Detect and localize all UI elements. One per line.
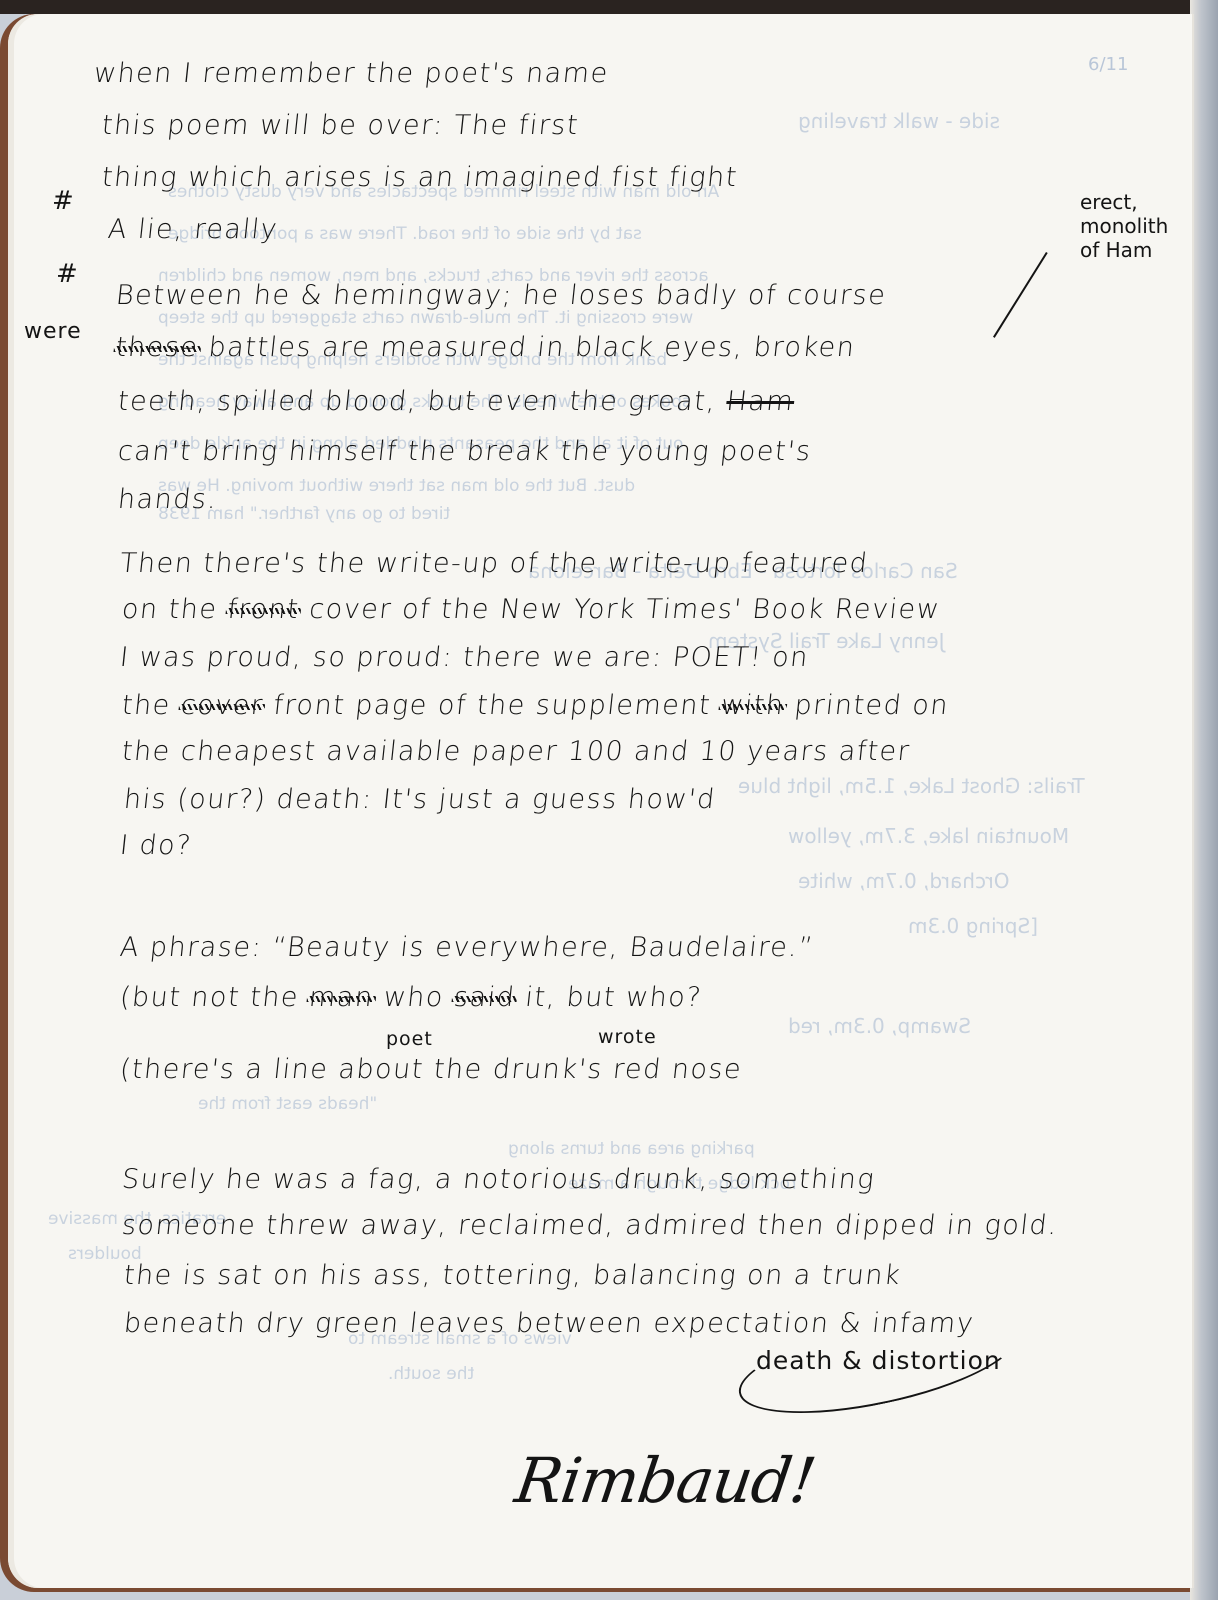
handwritten-line: thing which arises is an imagined fist f… (100, 162, 739, 193)
annotation-pointer-line (993, 252, 1048, 338)
handwritten-line: when I remember the poet's name (92, 58, 610, 89)
signature-rimbaud: Rimbaud! (511, 1444, 820, 1517)
show-through-line: parking area and turns along (508, 1139, 755, 1159)
handwritten-line: someone threw away, reclaimed, admired t… (120, 1210, 1059, 1241)
handwritten-line: (there's a line about the drunk's red no… (118, 1054, 743, 1085)
line-text: printed on (793, 690, 951, 721)
line-text: cover of the New York Times' Book Review (308, 594, 942, 625)
handwritten-line: Surely he was a fag, a notorious drunk, … (120, 1164, 876, 1195)
handwritten-line: I was proud, so proud: there we are: POE… (118, 642, 810, 673)
line-text: on the (120, 594, 219, 625)
struck-word: front (226, 594, 301, 625)
line-text: teeth, spilled blood, but even the great… (116, 386, 718, 417)
struck-word: these (114, 332, 200, 363)
handwritten-line: the cheapest available paper 100 and 10 … (120, 736, 912, 767)
line-text: battles are measured in black eyes, brok… (207, 332, 857, 363)
scanner-edge-top (0, 0, 1218, 14)
handwritten-line: Between he & hemingway; he loses badly o… (114, 280, 888, 311)
show-through-line: Mountain lake, 3.7m, yellow (788, 824, 1069, 848)
line-text: (but not the (118, 982, 300, 1013)
handwritten-line: A phrase: “Beauty is everywhere, Baudela… (118, 932, 815, 963)
show-through-line: [Spring 0.3m (908, 914, 1038, 938)
show-through-line: Orchard, 0.7m, white (798, 869, 1009, 893)
page-number: 6/11 (1088, 54, 1128, 75)
insertion-death-distortion: death & distortion (756, 1346, 1001, 1375)
insertion-were: were (24, 319, 82, 344)
handwritten-line: his (our?) death: It's just a guess how'… (122, 784, 717, 815)
struck-word: with (720, 690, 787, 721)
insertion-poet: poet (386, 1028, 433, 1050)
show-through-line: Swamp, 0.3m, red (788, 1014, 971, 1038)
show-through-line: side - walk traveling (798, 109, 1000, 133)
show-through-line: were crossing it. The mule-drawn carts s… (158, 308, 693, 328)
handwritten-line: can't bring himself the break the young … (116, 436, 813, 467)
show-through-line: dust. But the old man sat there without … (158, 476, 635, 496)
struck-word: said (452, 982, 517, 1013)
scanner-edge-right (1190, 0, 1218, 1600)
handwritten-line: on the front cover of the New York Times… (120, 594, 941, 625)
handwritten-line: A lie, really (106, 214, 279, 245)
line-text: who (382, 982, 445, 1013)
struck-word: cover (179, 690, 265, 721)
struck-word: Ham (725, 386, 796, 417)
line-text: the (120, 690, 172, 721)
handwritten-line: this poem will be over: The first (100, 110, 580, 141)
handwritten-line: the is sat on his ass, tottering, balanc… (122, 1260, 902, 1291)
margin-note-line: of Ham (1080, 238, 1168, 262)
handwritten-line: Then there's the write-up of the write-u… (118, 548, 870, 579)
show-through-line: Trails: Ghost Lake, 1.5m, light blue (738, 774, 1085, 798)
show-through-line: "heads east from the (198, 1094, 377, 1114)
line-text: it, but who? (524, 982, 704, 1013)
struck-word: man (308, 982, 376, 1013)
hash-mark: # (56, 259, 78, 289)
handwritten-line: I do? (118, 830, 193, 861)
handwritten-line: (but not the man who said it, but who? (118, 982, 703, 1013)
handwritten-line: the cover front page of the supplement w… (120, 690, 950, 721)
insertion-wrote: wrote (598, 1026, 657, 1048)
notebook-page: 6/11 side - walk traveling An old man wi… (8, 14, 1194, 1588)
handwritten-line: teeth, spilled blood, but even the great… (116, 386, 795, 417)
handwritten-line: these battles are measured in black eyes… (114, 332, 857, 363)
margin-note-line: erect, (1080, 190, 1168, 214)
show-through-line: the south. (388, 1364, 474, 1384)
handwritten-line: hands. (116, 484, 219, 515)
hash-mark: # (52, 186, 74, 216)
margin-note-line: monolith (1080, 214, 1168, 238)
line-text: front page of the supplement (272, 690, 713, 721)
margin-note-monolith: erect, monolith of Ham (1080, 190, 1168, 262)
